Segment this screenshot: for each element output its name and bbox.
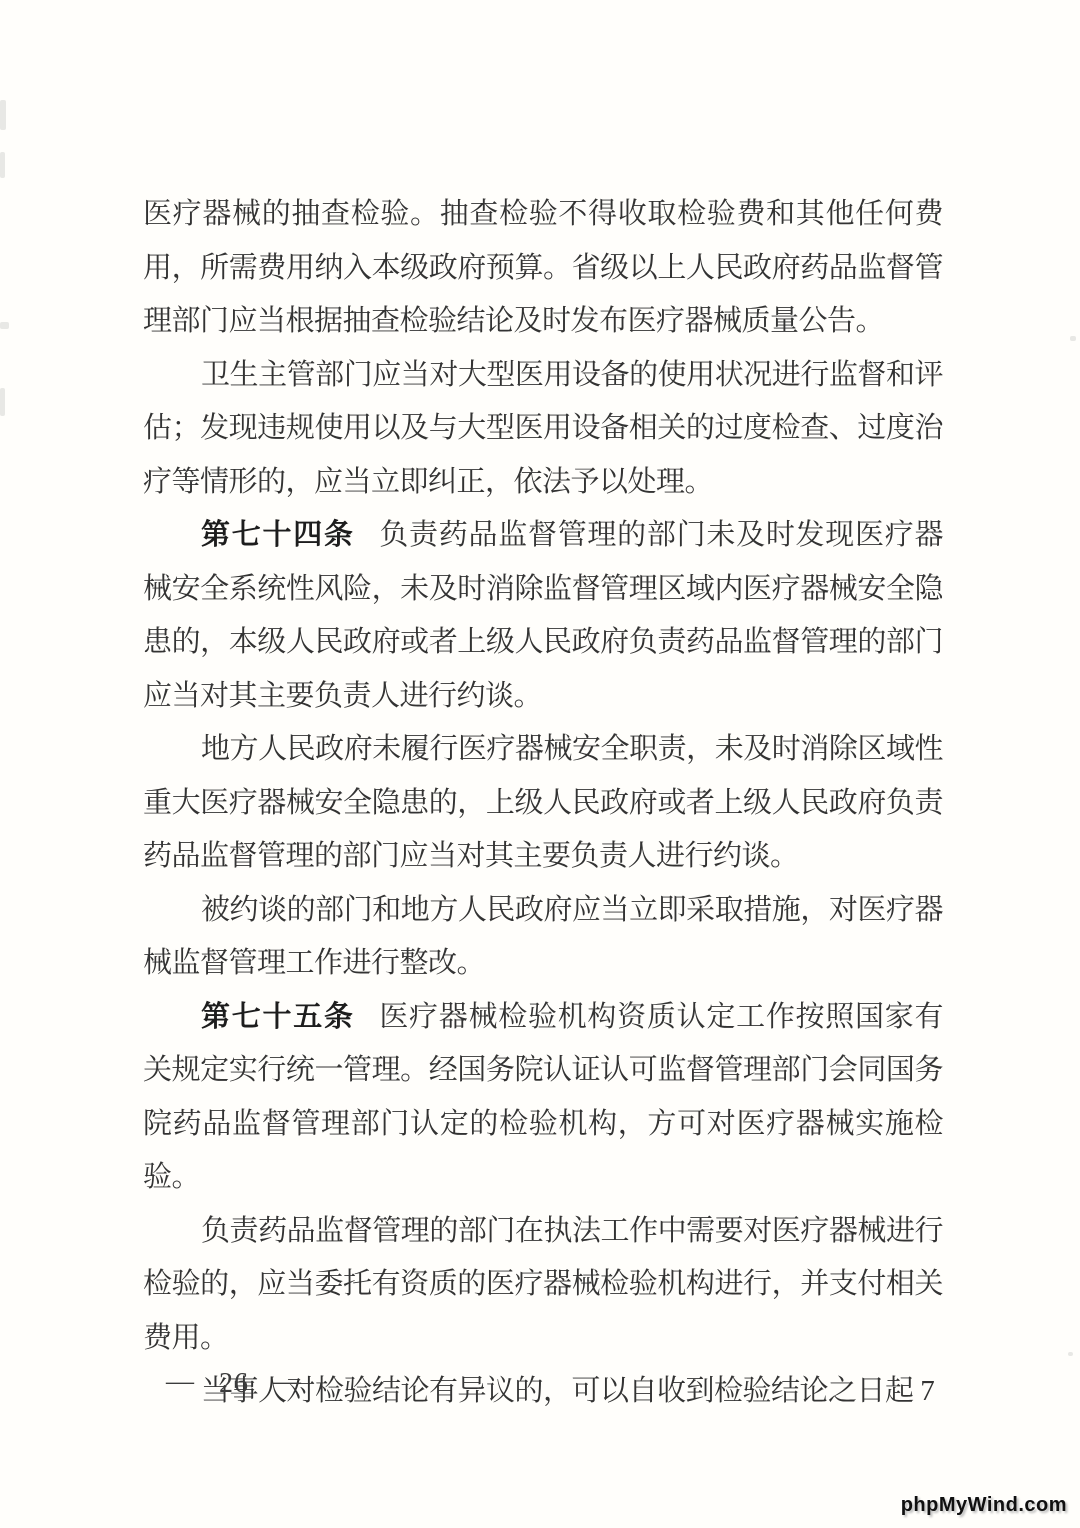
paragraph-text: 负责药品监督管理的部门在执法工作中需要对医疗器械进行检验的，应当委托有资质的医疗…	[143, 1215, 943, 1354]
footer-dash-right: —	[273, 1366, 302, 1398]
paragraph: 负责药品监督管理的部门在执法工作中需要对医疗器械进行检验的，应当委托有资质的医疗…	[143, 1205, 943, 1366]
scan-artifact	[0, 322, 9, 329]
paragraph-text: 当事人对检验结论有异议的，可以自收到检验结论之日起 7	[201, 1375, 934, 1407]
footer-dash-left: —	[166, 1366, 195, 1398]
page-footer: — 26 —	[166, 1368, 302, 1400]
article-74-label: 第七十四条	[201, 519, 355, 551]
paragraph-text: 医疗器械的抽查检验。抽查检验不得收取检验费和其他任何费用，所需费用纳入本级政府预…	[143, 198, 943, 337]
paragraph: 地方人民政府未履行医疗器械安全职责，未及时消除区域性重大医疗器械安全隐患的，上级…	[143, 723, 943, 884]
watermark: phpMyWind.com	[901, 1494, 1067, 1517]
paragraph-text: 卫生主管部门应当对大型医用设备的使用状况进行监督和评估；发现违规使用以及与大型医…	[143, 359, 943, 498]
scan-artifact	[0, 388, 5, 416]
paragraph: 卫生主管部门应当对大型医用设备的使用状况进行监督和评估；发现违规使用以及与大型医…	[143, 349, 943, 510]
paragraph-text: 被约谈的部门和地方人民政府应当立即采取措施，对医疗器械监督管理工作进行整改。	[143, 894, 943, 980]
scan-artifact	[1068, 1352, 1073, 1356]
paragraph-continuation: 医疗器械的抽查检验。抽查检验不得收取检验费和其他任何费用，所需费用纳入本级政府预…	[143, 188, 943, 349]
paragraph: 被约谈的部门和地方人民政府应当立即采取措施，对医疗器械监督管理工作进行整改。	[143, 884, 943, 991]
scan-artifact	[0, 152, 5, 178]
article-75-label: 第七十五条	[201, 1001, 355, 1033]
paragraph-text: 地方人民政府未履行医疗器械安全职责，未及时消除区域性重大医疗器械安全隐患的，上级…	[143, 733, 943, 872]
article-75-paragraph: 第七十五条医疗器械检验机构资质认定工作按照国家有关规定实行统一管理。经国务院认证…	[143, 991, 943, 1205]
article-74-paragraph: 第七十四条负责药品监督管理的部门未及时发现医疗器械安全系统性风险，未及时消除监督…	[143, 509, 943, 723]
document-body: 医疗器械的抽查检验。抽查检验不得收取检验费和其他任何费用，所需费用纳入本级政府预…	[143, 188, 943, 1419]
document-page: 医疗器械的抽查检验。抽查检验不得收取检验费和其他任何费用，所需费用纳入本级政府预…	[0, 0, 1080, 1528]
scan-artifact	[0, 100, 6, 130]
scan-artifact	[1070, 336, 1076, 341]
page-number: 26	[219, 1368, 249, 1400]
